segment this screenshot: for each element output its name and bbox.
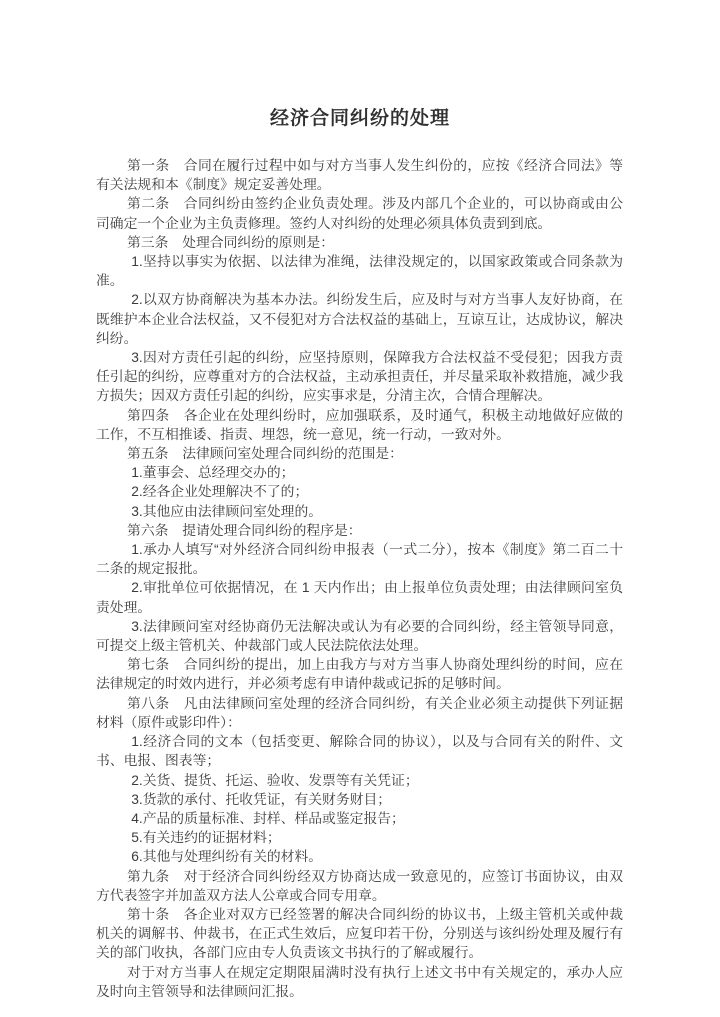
article-paragraph: 第四条 各企业在处理纠纷时，应加强联系，及时通气，积极主动地做好应做的工作，不互…	[96, 406, 623, 444]
list-item: 5.有关违约的证据材料；	[96, 828, 623, 847]
document-body: 第一条 合同在履行过程中如与对方当事人发生纠份的，应按《经济合同法》等有关法规和…	[96, 156, 623, 1001]
document-page: 经济合同纠纷的处理 第一条 合同在履行过程中如与对方当事人发生纠份的，应按《经济…	[0, 0, 720, 1017]
list-item: 3.货款的承付、托收凭证，有关财务财目；	[96, 790, 623, 809]
article-paragraph: 第二条 合同纠纷由签约企业负责处理。涉及内部几个企业的，可以协商或由公司确定一个…	[96, 194, 623, 232]
article-paragraph: 第七条 合同纠纷的提出，加上由我方与对方当事人协商处理纠纷的时间，应在法律规定的…	[96, 655, 623, 693]
list-item: 6.其他与处理纠纷有关的材料。	[96, 847, 623, 866]
article-paragraph: 第六条 提请处理合同纠纷的程序是：	[96, 521, 623, 540]
list-item: 3.因对方责任引起的纠纷，应坚持原则，保障我方合法权益不受侵犯；因我方责任引起的…	[96, 348, 623, 406]
list-item: 1.董事会、总经理交办的；	[96, 463, 623, 482]
list-item: 2.以双方协商解决为基本办法。纠纷发生后，应及时与对方当事人友好协商，在既维护本…	[96, 290, 623, 348]
list-item: 4.产品的质量标准、封样、样品或鉴定报告；	[96, 809, 623, 828]
list-item: 3.其他应由法律顾问室处理的。	[96, 502, 623, 521]
list-item: 1.坚持以事实为依据、以法律为准绳，法律没规定的，以国家政策或合同条款为准。	[96, 252, 623, 290]
article-paragraph: 第五条 法律顾问室处理合同纠纷的范围是：	[96, 444, 623, 463]
article-paragraph: 第十条 各企业对双方已经签署的解决合同纠纷的协议书，上级主管机关或仲裁机关的调解…	[96, 905, 623, 963]
article-paragraph: 第八条 凡由法律顾问室处理的经济合同纠纷，有关企业必须主动提供下列证据材料（原件…	[96, 694, 623, 732]
list-item: 2.审批单位可依据情况，在 1 天内作出；由上报单位负责处理；由法律顾问室负责处…	[96, 578, 623, 616]
list-item: 2.关货、提货、托运、验收、发票等有关凭证；	[96, 771, 623, 790]
article-paragraph: 对于对方当事人在规定定期限届满时没有执行上述文书中有关规定的，承办人应及时向主管…	[96, 963, 623, 1001]
article-paragraph: 第九条 对于经济合同纠纷经双方协商达成一致意见的，应签订书面协议，由双方代表签字…	[96, 867, 623, 905]
list-item: 1.承办人填写“对外经济合同纠纷申报表（一式二分），按本《制度》第二百二十二条的…	[96, 540, 623, 578]
list-item: 3.法律顾问室对经协商仍无法解决或认为有必要的合同纠纷，经主管领导同意，可提交上…	[96, 617, 623, 655]
document-title: 经济合同纠纷的处理	[0, 0, 720, 156]
article-paragraph: 第三条 处理合同纠纷的原则是：	[96, 233, 623, 252]
article-paragraph: 第一条 合同在履行过程中如与对方当事人发生纠份的，应按《经济合同法》等有关法规和…	[96, 156, 623, 194]
list-item: 1.经济合同的文本（包括变更、解除合同的协议），以及与合同有关的附件、文书、电报…	[96, 732, 623, 770]
list-item: 2.经各企业处理解决不了的；	[96, 482, 623, 501]
